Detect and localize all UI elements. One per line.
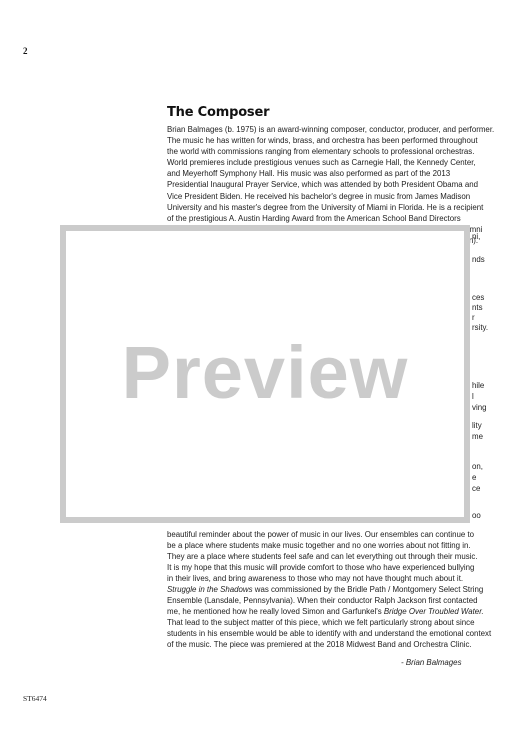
text-fragment: hile bbox=[472, 381, 484, 390]
text-line: Ensemble (Lansdale, Pennsylvania). When … bbox=[167, 595, 489, 606]
text-line: students in his ensemble would be able t… bbox=[167, 628, 489, 639]
text-fragment: on, bbox=[472, 462, 483, 471]
text-line: me, he mentioned how he really loved Sim… bbox=[167, 606, 489, 617]
text-fragment: ving bbox=[472, 403, 486, 412]
page-number: 2 bbox=[23, 46, 28, 56]
text-line: in their lives, and bring awareness to t… bbox=[167, 573, 489, 584]
text-line: be a place where students make music tog… bbox=[167, 540, 489, 551]
text-line: University and his master's degree from … bbox=[167, 202, 489, 213]
section-title: The Composer bbox=[167, 105, 269, 120]
text-fragment: l bbox=[472, 392, 474, 401]
text-fragment: ni, bbox=[472, 232, 480, 241]
text-line: The music he has written for winds, bras… bbox=[167, 135, 489, 146]
author-signature: - Brian Balmages bbox=[401, 658, 462, 667]
text-line: of the prestigious A. Austin Harding Awa… bbox=[167, 213, 489, 224]
preview-watermark-overlay: Preview bbox=[60, 225, 470, 523]
text-fragment: oo bbox=[472, 511, 481, 520]
catalog-code: ST6474 bbox=[23, 694, 47, 703]
text-fragment: lity bbox=[472, 421, 482, 430]
text-line: and Meyerhoff Symphony Hall. His music w… bbox=[167, 168, 489, 179]
text-fragment: rsity. bbox=[472, 323, 488, 332]
text-line: of the music. The piece was premiered at… bbox=[167, 639, 489, 650]
text-fragment: me bbox=[472, 432, 483, 441]
text-line: beautiful reminder about the power of mu… bbox=[167, 529, 489, 540]
text-line: Brian Balmages (b. 1975) is an award-win… bbox=[167, 124, 489, 135]
text-line: Presidential Inaugural Prayer Service, w… bbox=[167, 179, 489, 190]
text-span: me, he mentioned how he really loved Sim… bbox=[167, 607, 384, 616]
text-fragment: e bbox=[472, 473, 476, 482]
text-fragment: ces bbox=[472, 293, 484, 302]
text-fragment: nds bbox=[472, 255, 485, 264]
piece-title: Struggle in the Shadows bbox=[167, 585, 253, 594]
text-line: It is my hope that this music will provi… bbox=[167, 562, 489, 573]
text-fragment: r bbox=[472, 313, 475, 322]
song-title: Bridge Over Troubled Water. bbox=[384, 607, 484, 616]
commission-paragraph: Struggle in the Shadows was commissioned… bbox=[167, 584, 489, 651]
text-fragment: nts bbox=[472, 303, 483, 312]
text-line: That lead to the subject matter of this … bbox=[167, 617, 489, 628]
text-line: Struggle in the Shadows was commissioned… bbox=[167, 584, 489, 595]
text-span: was commissioned by the Bridle Path / Mo… bbox=[253, 585, 484, 594]
text-line: Vice President Biden. He received his ba… bbox=[167, 191, 489, 202]
preview-watermark-label: Preview bbox=[122, 330, 409, 415]
text-line: They are a place where students feel saf… bbox=[167, 551, 489, 562]
program-note-paragraph: beautiful reminder about the power of mu… bbox=[167, 529, 489, 584]
text-line: the world with commissions ranging from … bbox=[167, 146, 489, 157]
text-fragment: ce bbox=[472, 484, 480, 493]
text-line: World premieres include prestigious venu… bbox=[167, 157, 489, 168]
